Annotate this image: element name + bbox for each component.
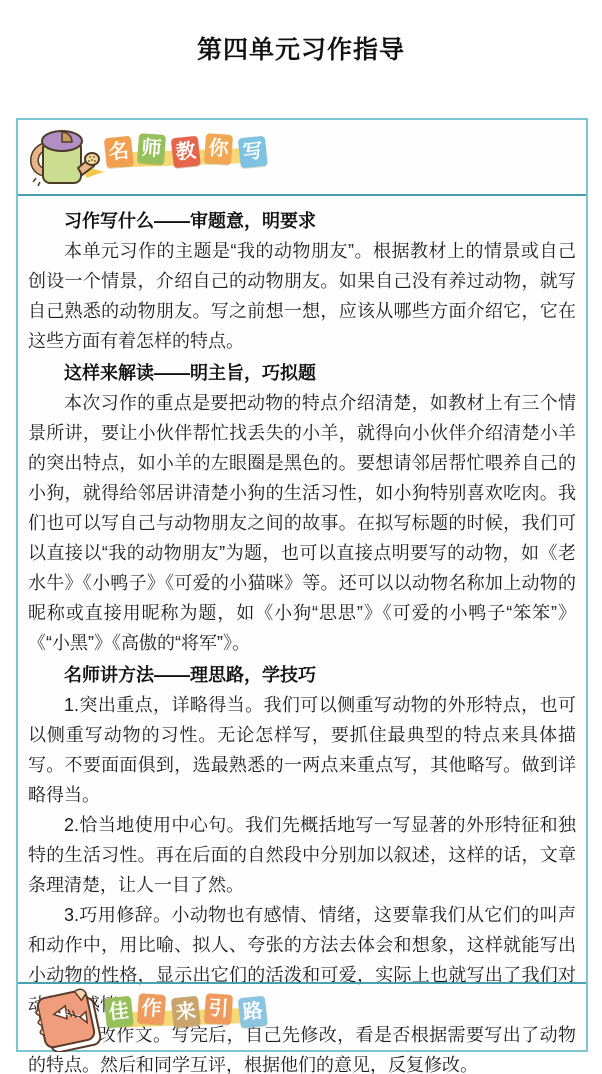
banner-tile: 写 bbox=[238, 136, 268, 169]
banner-tile: 佳 bbox=[104, 996, 134, 1029]
banner-tile: 来 bbox=[171, 996, 201, 1029]
page-title: 第四单元习作指导 bbox=[0, 30, 602, 66]
banner-bottom: 佳 作 来 引 路 bbox=[18, 982, 586, 1050]
banner-tile: 作 bbox=[137, 993, 166, 1025]
section-heading: 习作写什么——审题意，明要求 bbox=[28, 206, 576, 236]
banner-tile: 路 bbox=[238, 996, 268, 1029]
banner-tile: 名 bbox=[104, 136, 134, 169]
article-body: 习作写什么——审题意，明要求 本单元习作的主题是“我的动物朋友”。根据教材上的情… bbox=[18, 196, 586, 1074]
paragraph: 1.突出重点，详略得当。我们可以侧重写动物的外形特点，也可以侧重写动物的习性。无… bbox=[28, 690, 576, 810]
section-heading: 名师讲方法——理思路，学技巧 bbox=[28, 660, 576, 690]
watering-can-icon bbox=[28, 126, 106, 197]
section-heading: 这样来解读——明主旨，巧拟题 bbox=[28, 358, 576, 388]
notebook-icon bbox=[28, 986, 106, 1057]
content-panel: 名 师 教 你 写 习作写什么——审题意，明要求 本单元习作的主题是“我的动物朋… bbox=[16, 118, 588, 1052]
paragraph: 2.恰当地使用中心句。我们先概括地写一写显著的外形特征和独特的生活习性。再在后面… bbox=[28, 810, 576, 900]
banner-tile: 师 bbox=[137, 133, 166, 165]
banner-tile: 你 bbox=[204, 133, 233, 165]
paragraph: 本次习作的重点是要把动物的特点介绍清楚，如教材上有三个情景所讲，要让小伙伴帮忙找… bbox=[28, 388, 576, 658]
banner-tile: 引 bbox=[204, 993, 233, 1025]
paragraph: 本单元习作的主题是“我的动物朋友”。根据教材上的情景或自己创设一个情景，介绍自己… bbox=[28, 236, 576, 356]
banner-title: 名 师 教 你 写 bbox=[104, 134, 267, 164]
banner-title: 佳 作 来 引 路 bbox=[104, 994, 267, 1024]
banner-top: 名 师 教 你 写 bbox=[18, 120, 586, 196]
banner-tile: 教 bbox=[171, 136, 201, 169]
